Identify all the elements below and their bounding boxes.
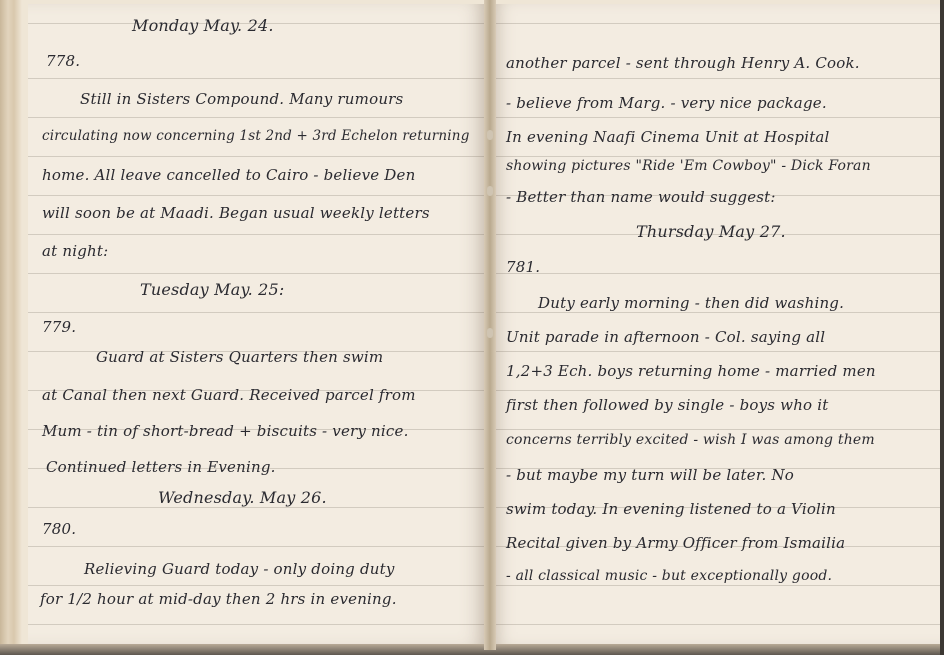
- entry-line: first then followed by single - boys who…: [506, 396, 828, 414]
- book-binding: [484, 0, 496, 650]
- entry-line: Relieving Guard today - only doing duty: [84, 560, 395, 578]
- entry-line: Duty early morning - then did washing.: [538, 294, 844, 312]
- entry-line: will soon be at Maadi. Began usual weekl…: [42, 204, 430, 222]
- entry-heading-wednesday: Wednesday. May 26.: [158, 488, 327, 507]
- entry-line: Unit parade in afternoon - Col. saying a…: [506, 328, 825, 346]
- entry-line: - all classical music - but exceptionall…: [506, 568, 832, 584]
- binding-stitch: [487, 130, 493, 140]
- entry-line: 1,2+3 Ech. boys returning home - married…: [506, 362, 876, 380]
- continuation-line: showing pictures "Ride 'Em Cowboy" - Dic…: [506, 158, 871, 174]
- entry-line: Still in Sisters Compound. Many rumours: [80, 90, 403, 108]
- page-stack-edge: [0, 644, 944, 655]
- continuation-line: In evening Naafi Cinema Unit at Hospital: [506, 128, 830, 146]
- entry-line: for 1/2 hour at mid-day then 2 hrs in ev…: [40, 590, 397, 608]
- entry-line: at Canal then next Guard. Received parce…: [42, 386, 416, 404]
- entry-line: swim today. In evening listened to a Vio…: [506, 500, 836, 518]
- entry-line: home. All leave cancelled to Cairo - bel…: [42, 166, 415, 184]
- continuation-line: - Better than name would suggest:: [506, 188, 776, 206]
- entry-line: Guard at Sisters Quarters then swim: [96, 348, 383, 366]
- entry-heading-thursday: Thursday May 27.: [636, 222, 786, 241]
- continuation-line: another parcel - sent through Henry A. C…: [506, 54, 860, 72]
- entry-heading-monday: Monday May. 24.: [132, 16, 274, 35]
- right-page: another parcel - sent through Henry A. C…: [492, 4, 940, 644]
- binding-stitch: [487, 186, 493, 196]
- entry-number: 780.: [42, 520, 76, 538]
- continuation-line: - believe from Marg. - very nice package…: [506, 94, 827, 112]
- entry-number: 778.: [46, 52, 80, 70]
- open-diary: Monday May. 24. 778. Still in Sisters Co…: [0, 0, 944, 655]
- entry-number: 781.: [506, 258, 540, 276]
- entry-line: at night:: [42, 242, 108, 260]
- entry-line: - but maybe my turn will be later. No: [506, 466, 794, 484]
- left-page: Monday May. 24. 778. Still in Sisters Co…: [28, 4, 488, 644]
- entry-line: circulating now concerning 1st 2nd + 3rd…: [42, 128, 470, 144]
- cover-edge: [940, 0, 944, 655]
- entry-number: 779.: [42, 318, 76, 336]
- entry-heading-tuesday: Tuesday May. 25:: [140, 280, 285, 299]
- entry-line: Recital given by Army Officer from Ismai…: [506, 534, 845, 552]
- entry-line: concerns terribly excited - wish I was a…: [506, 432, 875, 448]
- entry-line: Continued letters in Evening.: [46, 458, 276, 476]
- binding-stitch: [487, 328, 493, 338]
- entry-line: Mum - tin of short-bread + biscuits - ve…: [42, 422, 409, 440]
